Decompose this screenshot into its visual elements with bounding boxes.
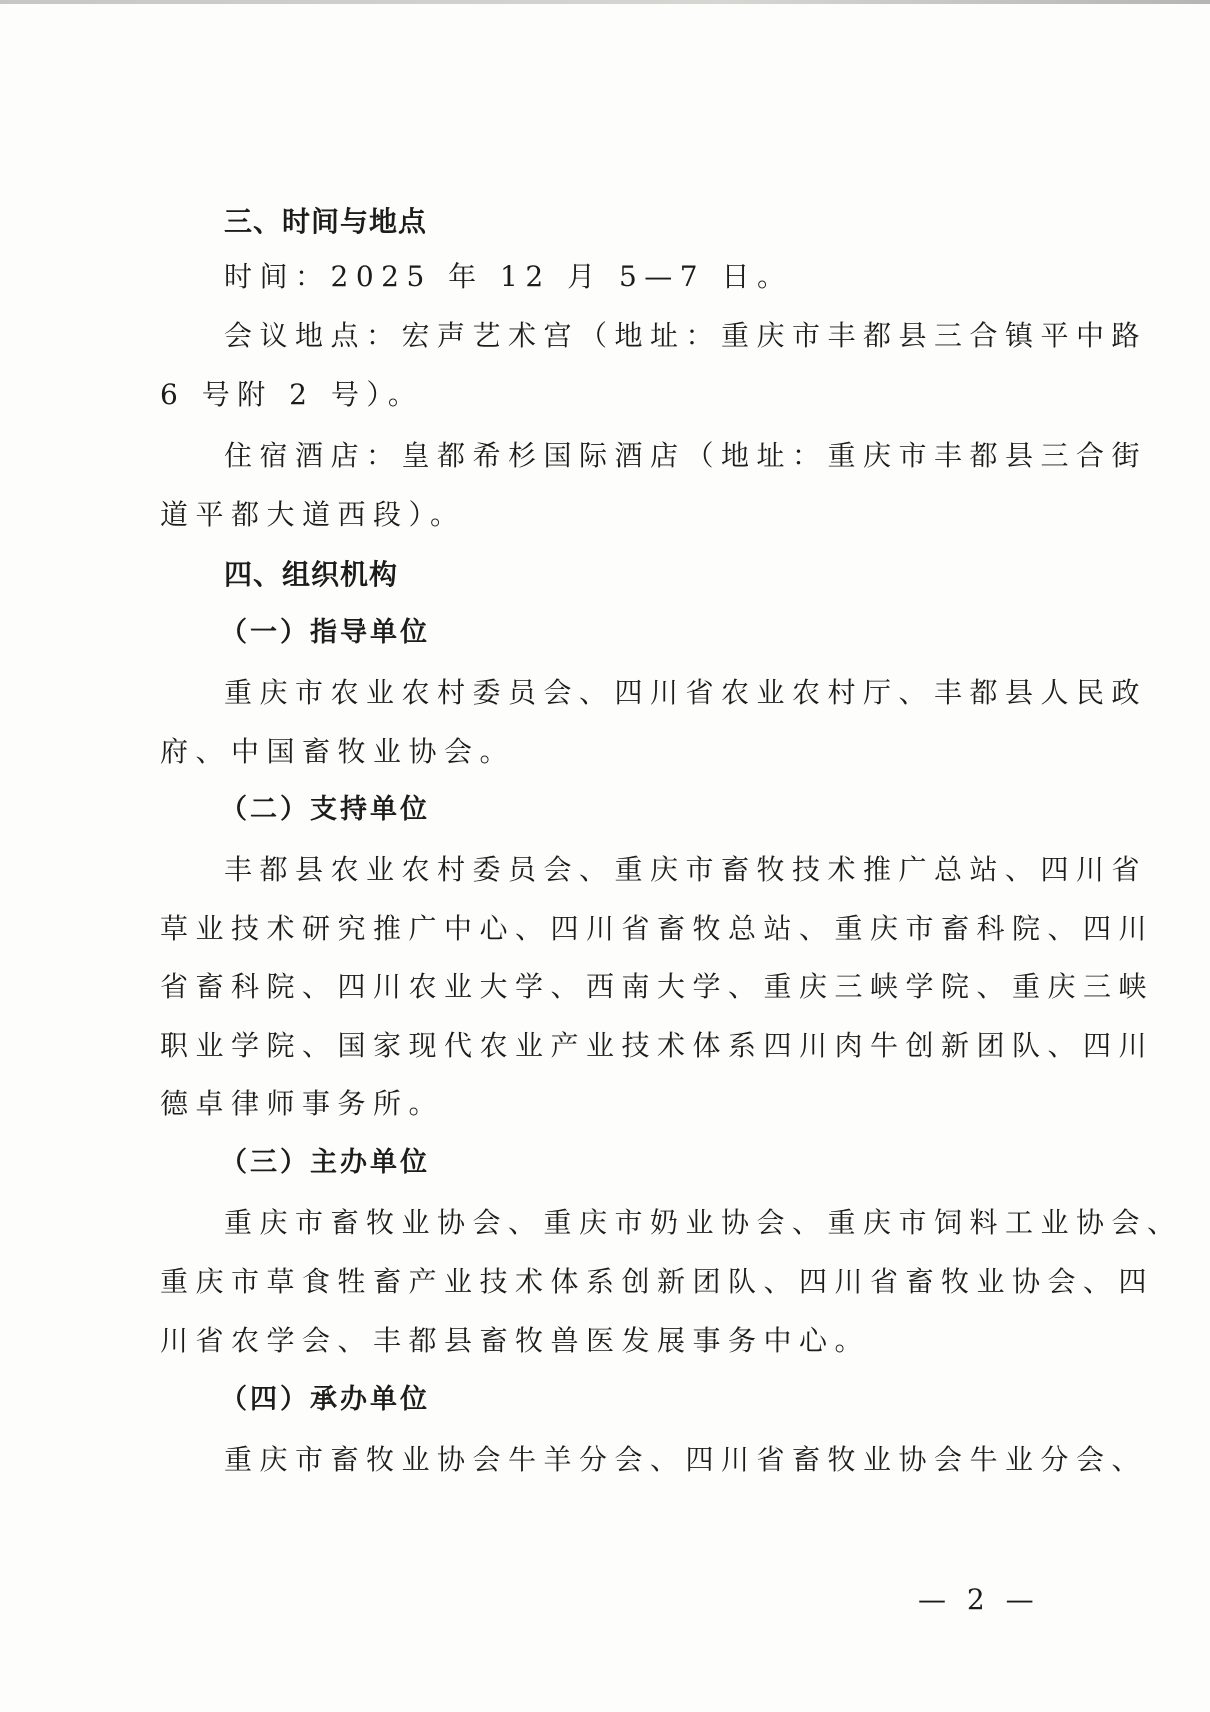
support-line: 省畜科院、四川农业大学、西南大学、重庆三峡学院、重庆三峡 (160, 967, 1154, 1007)
guidance-line: 重庆市农业农村委员会、四川省农业农村厅、丰都县人民政 (224, 673, 1147, 713)
subheading-organizer: （四）承办单位 (220, 1380, 430, 1420)
host-line: 重庆市草食牲畜产业技术体系创新团队、四川省畜牧业协会、四 (160, 1262, 1154, 1302)
section-heading-organization: 四、组织机构 (224, 555, 398, 595)
support-line: 德卓律师事务所。 (160, 1084, 444, 1124)
subheading-support: （二）支持单位 (220, 790, 430, 830)
subheading-host: （三）主办单位 (220, 1143, 430, 1183)
scan-edge (0, 0, 1210, 4)
subheading-guidance: （一）指导单位 (220, 613, 430, 653)
support-line: 丰都县农业农村委员会、重庆市畜牧技术推广总站、四川省 (224, 850, 1147, 890)
hotel-line-2: 道平都大道西段）。 (160, 495, 466, 535)
page-number: — 2 — (918, 1583, 1040, 1616)
venue-line-2: 6 号附 2 号）。 (160, 375, 423, 415)
section-heading-time-location: 三、时间与地点 (224, 202, 427, 242)
organizer-line: 重庆市畜牧业协会牛羊分会、四川省畜牧业协会牛业分会、 (224, 1440, 1147, 1480)
support-line: 职业学院、国家现代农业产业技术体系四川肉牛创新团队、四川 (160, 1026, 1154, 1066)
event-time: 时间：2025 年 12 月 5—7 日。 (224, 257, 793, 297)
support-line: 草业技术研究推广中心、四川省畜牧总站、重庆市畜科院、四川 (160, 909, 1154, 949)
host-line: 重庆市畜牧业协会、重庆市奶业协会、重庆市饲料工业协会、 (224, 1203, 1183, 1243)
venue-line-1: 会议地点：宏声艺术宫（地址：重庆市丰都县三合镇平中路 (224, 316, 1147, 356)
hotel-line-1: 住宿酒店：皇都希杉国际酒店（地址：重庆市丰都县三合街 (224, 436, 1147, 476)
guidance-line: 府、中国畜牧业协会。 (160, 732, 515, 772)
host-line: 川省农学会、丰都县畜牧兽医发展事务中心。 (160, 1321, 870, 1361)
